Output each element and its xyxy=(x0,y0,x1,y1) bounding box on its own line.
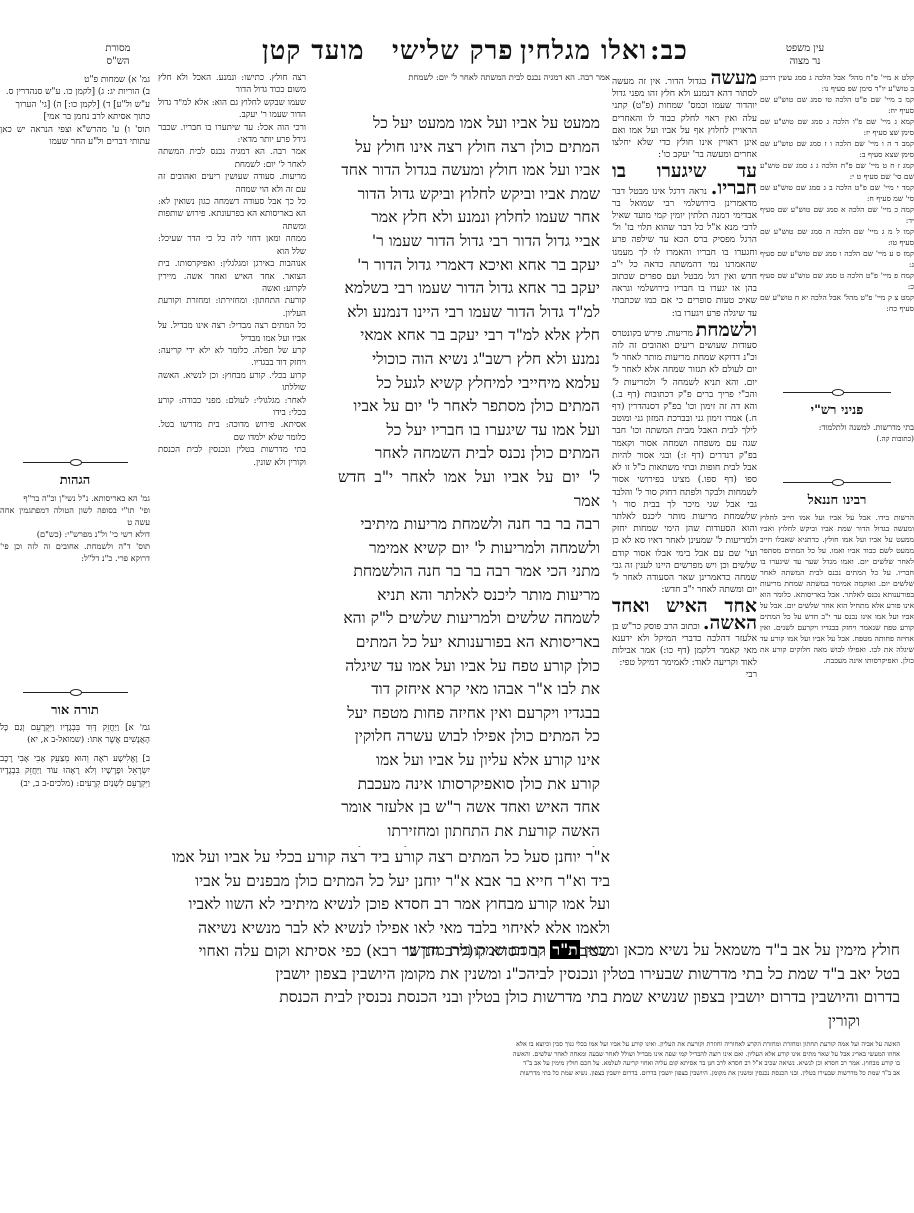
masoret-label: מסורת xyxy=(88,42,148,55)
footer-line: אב ב"ד שמת כל מדרשות שבעירו בטלין. ובני … xyxy=(80,1069,900,1079)
rashi-text: מריעות. פירש בקונטרס סעודות שעושים ריעים… xyxy=(612,329,757,595)
rabbeinu-chananel-text: הרשות בידו. אבל על אביו ועל אמו חייב לחל… xyxy=(760,512,914,1032)
gemara-line: יעקב בר אחא גדול הדור שעמו רבי בשלמא xyxy=(338,277,600,301)
gemara-line: מריעות מותר ליכנס לאלתר והא תניא xyxy=(338,584,600,608)
torah-or-entry: גמ' א] וַיַּחֲזֵק דָּוִד בִּבְגָדָיו וַי… xyxy=(0,722,150,747)
daf-number: כב: xyxy=(650,36,688,66)
ein-mishpat-entry: קמא ג מיי' שם פ"ו הלכה ג סמג שם טוש"ע שם… xyxy=(760,116,914,138)
torah-or-entry: ב] וֶאֱלִישָׁע רֹאֶה וְהוּא מְצַעֵק אָבִ… xyxy=(0,753,150,790)
ornament-divider xyxy=(23,458,128,466)
ornament-divider xyxy=(783,478,891,486)
ein-mishpat-entry: קלט א מיי' פ"ח מהל' אבל הלכה ג סמג עשין … xyxy=(760,72,914,94)
ein-mishpat-entry: קמו ל מ ג מיי' שם הלכה ה סמג שם טוש"ע שם… xyxy=(760,226,914,248)
rashi-entry: אחד האיש ואחד האשה. וכתוב הרב פוסק כר"ש … xyxy=(612,600,757,669)
torah-or-title: תורה אור xyxy=(0,702,150,718)
ein-mishpat-label: עין משפט xyxy=(770,42,840,55)
rashi-text: נראה דרגל אינו מבטל דבר מדאמרינן בירושלמ… xyxy=(612,187,757,319)
gemara-line: את לבו א"ר אבהו מאי קרא איחזק דוד xyxy=(338,678,600,702)
ner-mitzvah-label: נר מצוה xyxy=(770,55,840,68)
ornament-divider xyxy=(783,388,891,396)
masoret-line: גמ' א) שמחות פ"ט xyxy=(0,74,150,86)
gemara-line: ולשמחה ולמריעות ל' יום קשיא אמימר xyxy=(338,537,600,561)
tosafot-top-continuation: אמר רבה. הא דמגיה נכנס לבית המשתה לאחר ל… xyxy=(310,72,610,83)
gemara-line: ממעט על אביו ועל אמו ממעט יעל כל xyxy=(338,112,600,136)
ein-mishpat-heading: עין משפט נר מצוה xyxy=(770,42,840,68)
gemara-wide-line: ולאמו אלא לאיחוי בלבד מאי לאו אפילו לנשי… xyxy=(160,917,610,941)
gemara-text-segment: קחכם שמת בית מדרשו xyxy=(405,941,545,959)
tosafot-line: ממחה ומאן דחזי ליה כל כי הדר שעיכל: שלל … xyxy=(158,233,306,258)
footer-line: בו קורע מבחוץ. אמר רב חסדא וכן לנשיא. נש… xyxy=(80,1059,900,1069)
rabbeinu-chananel-body: הרשות בידו. אבל על אביו ועל אמו חייב לחל… xyxy=(760,512,914,666)
ornament-divider xyxy=(23,688,128,696)
gemara-line: בבגדיו ויקרעם ואין אחיזה פחות מטפח יעל xyxy=(338,702,600,726)
rashi-entry: מעשה בגדול הדור. אין זה מעשה לסתור דהא ד… xyxy=(612,72,757,161)
rashi-dibbur-hamatchil: ולשמחת xyxy=(696,319,757,341)
ein-mishpat-column: קלט א מיי' פ"ח מהל' אבל הלכה ג סמג עשין … xyxy=(760,72,914,372)
hashas-label: הש"ס xyxy=(88,55,148,68)
hagahot-line: גמ' הא באריסותא. נ"ל נשי"ן וכ"ה בר"ף xyxy=(0,492,150,504)
masoret-line: תוס' ו) ע' מהרש"א וצפי הנראה יש כאן עתות… xyxy=(0,124,150,149)
hagahot-section: הגהות גמ' הא באריסותא. נ"ל נשי"ן וכ"ה בר… xyxy=(0,450,150,564)
ein-mishpat-entry: קמח פ מיי' פ"ט הלכה ט סמג שם טוש"ע שם סע… xyxy=(760,270,914,292)
tosafot-line: כל כך אבל סעודה דשמחה כגון נשואין לא: הא… xyxy=(158,196,306,233)
hagahot-line: דולא רשי כי' ול"נ מפרש"י: (כש"ם) xyxy=(0,528,150,540)
gemara-line: שמת אביו וביקש לחלוץ וביקש גדול הדור xyxy=(338,183,600,207)
rashi-column: מעשה בגדול הדור. אין זה מעשה לסתור דהא ד… xyxy=(612,72,757,942)
footer-line: האשה על אביה ועל אמה קורעת תחתון ומחזרת … xyxy=(80,1040,900,1050)
masoret-hashas-heading: מסורת הש"ס xyxy=(88,42,148,68)
gemara-wide-line: ועל אמו קורע מבחוץ אמר רב חסדא פוכן לנשי… xyxy=(160,893,610,917)
gemara-line: המתים כולן רצה חולץ רצה אינו חולץ על xyxy=(338,136,600,160)
torah-or-section: תורה אור גמ' א] וַיַּחֲזֵק דָּוִד בִּבְג… xyxy=(0,680,150,790)
gemara-line: המתים כולן מסתפר לאחר ל' יום על אביו xyxy=(338,395,600,419)
gemara-line: יעקב בר אחא ואיכא דאמרי גדול הדור ר' xyxy=(338,254,600,278)
gemara-line: כל המתים כולן אפילו לבוש עשרה חלוקין xyxy=(338,725,600,749)
gemara-line: אחר שעמו לחלוץ ונמנע ולא חלץ אמר xyxy=(338,206,600,230)
gemara-line: כולן קורע טפח על אביו ועל אמו עד שיגלה xyxy=(338,655,600,679)
ein-mishpat-entry: קמג ז ח ט מיי' שם פ"ח הלכה ג ג סמג שם טו… xyxy=(760,160,914,182)
ein-mishpat-entry: קמב ד ה ו מיי' שם הלכה ו ז סמג שם טוש"ע … xyxy=(760,138,914,160)
gemara-line: למ"ד גדול הדור שעמו רבי היינו דנמנע ולא xyxy=(338,301,600,325)
gemara-line: המתים כולן נכנס לבית השמחה לאחר xyxy=(338,442,600,466)
hagahot-line: ופי' תו"י בסופה לשון הטולה דמפתגמין אחה … xyxy=(0,504,150,528)
footer-commentary: האשה על אביה ועל אמה קורעת תחתון ומחזרת … xyxy=(80,1040,900,1090)
hagahot-line: תוס' ד"ה ולשמחת. אחובים זה לזה וכן פי' ד… xyxy=(0,540,150,564)
gemara-line: ועל אמו עד שיגערו בו חבריו יעל כל xyxy=(338,419,600,443)
footer-line: אחוזו המעשי באריג אבל על שאר מתים אינו ק… xyxy=(80,1050,900,1060)
tosafot-line: קרע של תפלה. כלומר לא ילא ידי קריעה: ויח… xyxy=(158,345,306,370)
gemara-main-text: ממעט על אביו ועל אמו ממעט יעל כל המתים כ… xyxy=(338,112,600,847)
tractate-title: מועד קטן xyxy=(262,36,365,66)
gemara-line: באריסותא הא בפורענותא יעל כל המתים xyxy=(338,631,600,655)
gemara-line: עלמא מיחייבי למיחלץ קשיא לגעל כל xyxy=(338,372,600,396)
gemara-line: אביי גדול הדור רבי גדול הדור שעמו ר' xyxy=(338,230,600,254)
gemara-line: אביו ועל אמו חולץ ומעשה בגדול הדור אחד xyxy=(338,159,600,183)
penei-rashi-body: בתי מדרשות. למשנה ולתלמוד: xyxy=(760,422,914,433)
tosafot-line: בתי מדרשות בטלין ונכנסין לבית הכנסת וקור… xyxy=(158,444,306,469)
rashi-entry: ולשמחת מריעות. פירש בקונטרס סעודות שעושי… xyxy=(612,324,757,596)
gemara-line: נמנע ולא חלץ רשב"ג נשיא הוה כוכולי xyxy=(338,348,600,372)
gemara-line: רבה בר בר חנה ולשמחת מריעות מיתיבי xyxy=(338,513,600,537)
rashi-entry: עד שיגערו בו חבריו. נראה דרגל אינו מבטל … xyxy=(612,165,757,319)
tosafot-line: אנוהבות באירגן ומגלגלין: ואפיקרסותו. בית… xyxy=(158,258,306,295)
masoret-line: ב) הוריות יג: ג) [לקמן כו. ע"ש סנהדרין ס… xyxy=(0,86,150,98)
rashi-opening-word: מעשה xyxy=(711,72,757,89)
chapter-name: ואלו מגלחין xyxy=(520,36,647,66)
tosafot-line: לאחר: מגלגולי: לעולם: מפני כבודה: קורע ב… xyxy=(158,395,306,420)
ein-mishpat-entry: קמ ב מיי' שם פ"ט הלכה טו סמג שם טוש"ע שם… xyxy=(760,94,914,116)
hagahot-text: גמ' הא באריסותא. נ"ל נשי"ן וכ"ה בר"ף ופי… xyxy=(0,492,150,564)
chapter-number: פרק שלישי xyxy=(392,36,514,66)
gemara-line: לשמחה שלשים ולמריעות שלשים ל"ק והא xyxy=(338,607,600,631)
gemara-line: האשה קורעת את התחתון ומחזירתו xyxy=(338,820,600,844)
gemara-wide-line: ביד וא"ר חייא בר אבא א"ר יוחנן יעל כל המ… xyxy=(160,870,610,894)
tosafot-line: קורעת התחתון: ומחזירתו: ומחזרת וקורעת הע… xyxy=(158,295,306,320)
penei-rashi-section: פניני רש"י בתי מדרשות. למשנה ולתלמוד: (כ… xyxy=(760,380,914,444)
tanu-rabanan-marker: ת"ר xyxy=(550,940,579,959)
gemara-line: אחד האיש ואחד אשה ר"ש בן אלעזר אומר xyxy=(338,796,600,820)
rabbeinu-chananel-title: רבינו חננאל xyxy=(760,492,914,508)
penei-rashi-text: בתי מדרשות. למשנה ולתלמוד: (כתובות קה.) xyxy=(760,422,914,444)
ein-mishpat-entry: קמד י מיי' שם פ"ט הלכה ב ג סמג שם טוש"ע … xyxy=(760,182,914,204)
gemara-line: קורע את כולן סואפיקרסותו אינה מעכבת xyxy=(338,773,600,797)
gemara-line: מתני הכי אמר רבה בר בר חנה הולשמחת xyxy=(338,560,600,584)
masoret-line: ע"ש ול"ע] ד) [לקמן כו:] ה) [גי' הערוך xyxy=(0,99,150,111)
tosafot-line: ורכי הוה אכל: עד שיתערו בו חבריו. שכבר ג… xyxy=(158,122,306,147)
ein-mishpat-entry: קמה כ מיי' שם הלכה א סמג שם טוש"ע שם סעי… xyxy=(760,204,914,226)
rashi-text: בגדול הדור. אין זה מעשה לסתור דהא דנמנע … xyxy=(612,77,757,160)
torah-or-text: גמ' א] וַיַּחֲזֵק דָּוִד בִּבְגָדָיו וַי… xyxy=(0,722,150,790)
masoret-hashas-column: גמ' א) שמחות פ"ט ב) הוריות יג: ג) [לקמן … xyxy=(0,74,150,429)
penei-rashi-source: (כתובות קה.) xyxy=(760,433,914,444)
tosafot-line: מריעות. סעודה שעושין ריעים ואהובים זה עם… xyxy=(158,171,306,196)
tosafot-line: קרוע בכלי. קורע מבחוץ: וכן לנשיא. האשה ש… xyxy=(158,370,306,395)
tosafot-line: שעמו שבקש לחלוץ גם הוא: אלא למ"ד גדול הד… xyxy=(158,97,306,122)
penei-rashi-title: פניני רש"י xyxy=(760,402,914,418)
tosafot-line: כל המתים רצה מבדיל: רצה אינו מבדיל. על א… xyxy=(158,320,306,345)
tosafot-line: אמר רבה. הא דמגיה נכנס לבית המשתה לאחר ל… xyxy=(158,146,306,171)
tosafot-column: רצה חולץ. כתישו: ונמנע. האכל ולא חלץ משו… xyxy=(158,72,306,862)
rabbeinu-chananel-section: רבינו חננאל הרשות בידו. אבל על אביו ועל … xyxy=(760,470,914,1032)
rashi-signature: רבי xyxy=(612,669,757,681)
ein-mishpat-entry: קמט צ ק מיי' פ"ט מהל' אבל הלכה יא ח טוש"… xyxy=(760,292,914,314)
gemara-wide-line: א"ר יוחנן סעל כל המתים רצה קורע ביד רצה … xyxy=(160,846,610,870)
gemara-line: אינו קורע אלא עליון על אביו ועל אמו xyxy=(338,749,600,773)
ein-mishpat-entry: קמז ס ע מיי' שם הלכה ו סמג שם טוש"ע שם ס… xyxy=(760,248,914,270)
gemara-line: חלץ אלא למ"ד רבי יעקב בר אחא אמאי xyxy=(338,324,600,348)
hagahot-title: הגהות xyxy=(0,472,150,488)
masoret-line: כתוך אסיתא לרב נחמן בר אמי] xyxy=(0,111,150,123)
tosafot-line: אסיתא. פירוש מדוכה: בית מדרשו בטל. כלומר… xyxy=(158,419,306,444)
tosafot-line: רצה חולץ. כתישו: ונמנע. האכל ולא חלץ משו… xyxy=(158,72,306,97)
gemara-line: ל' יום על אביו ועל אמו לאחר י"ב חדש אמר xyxy=(338,466,600,513)
